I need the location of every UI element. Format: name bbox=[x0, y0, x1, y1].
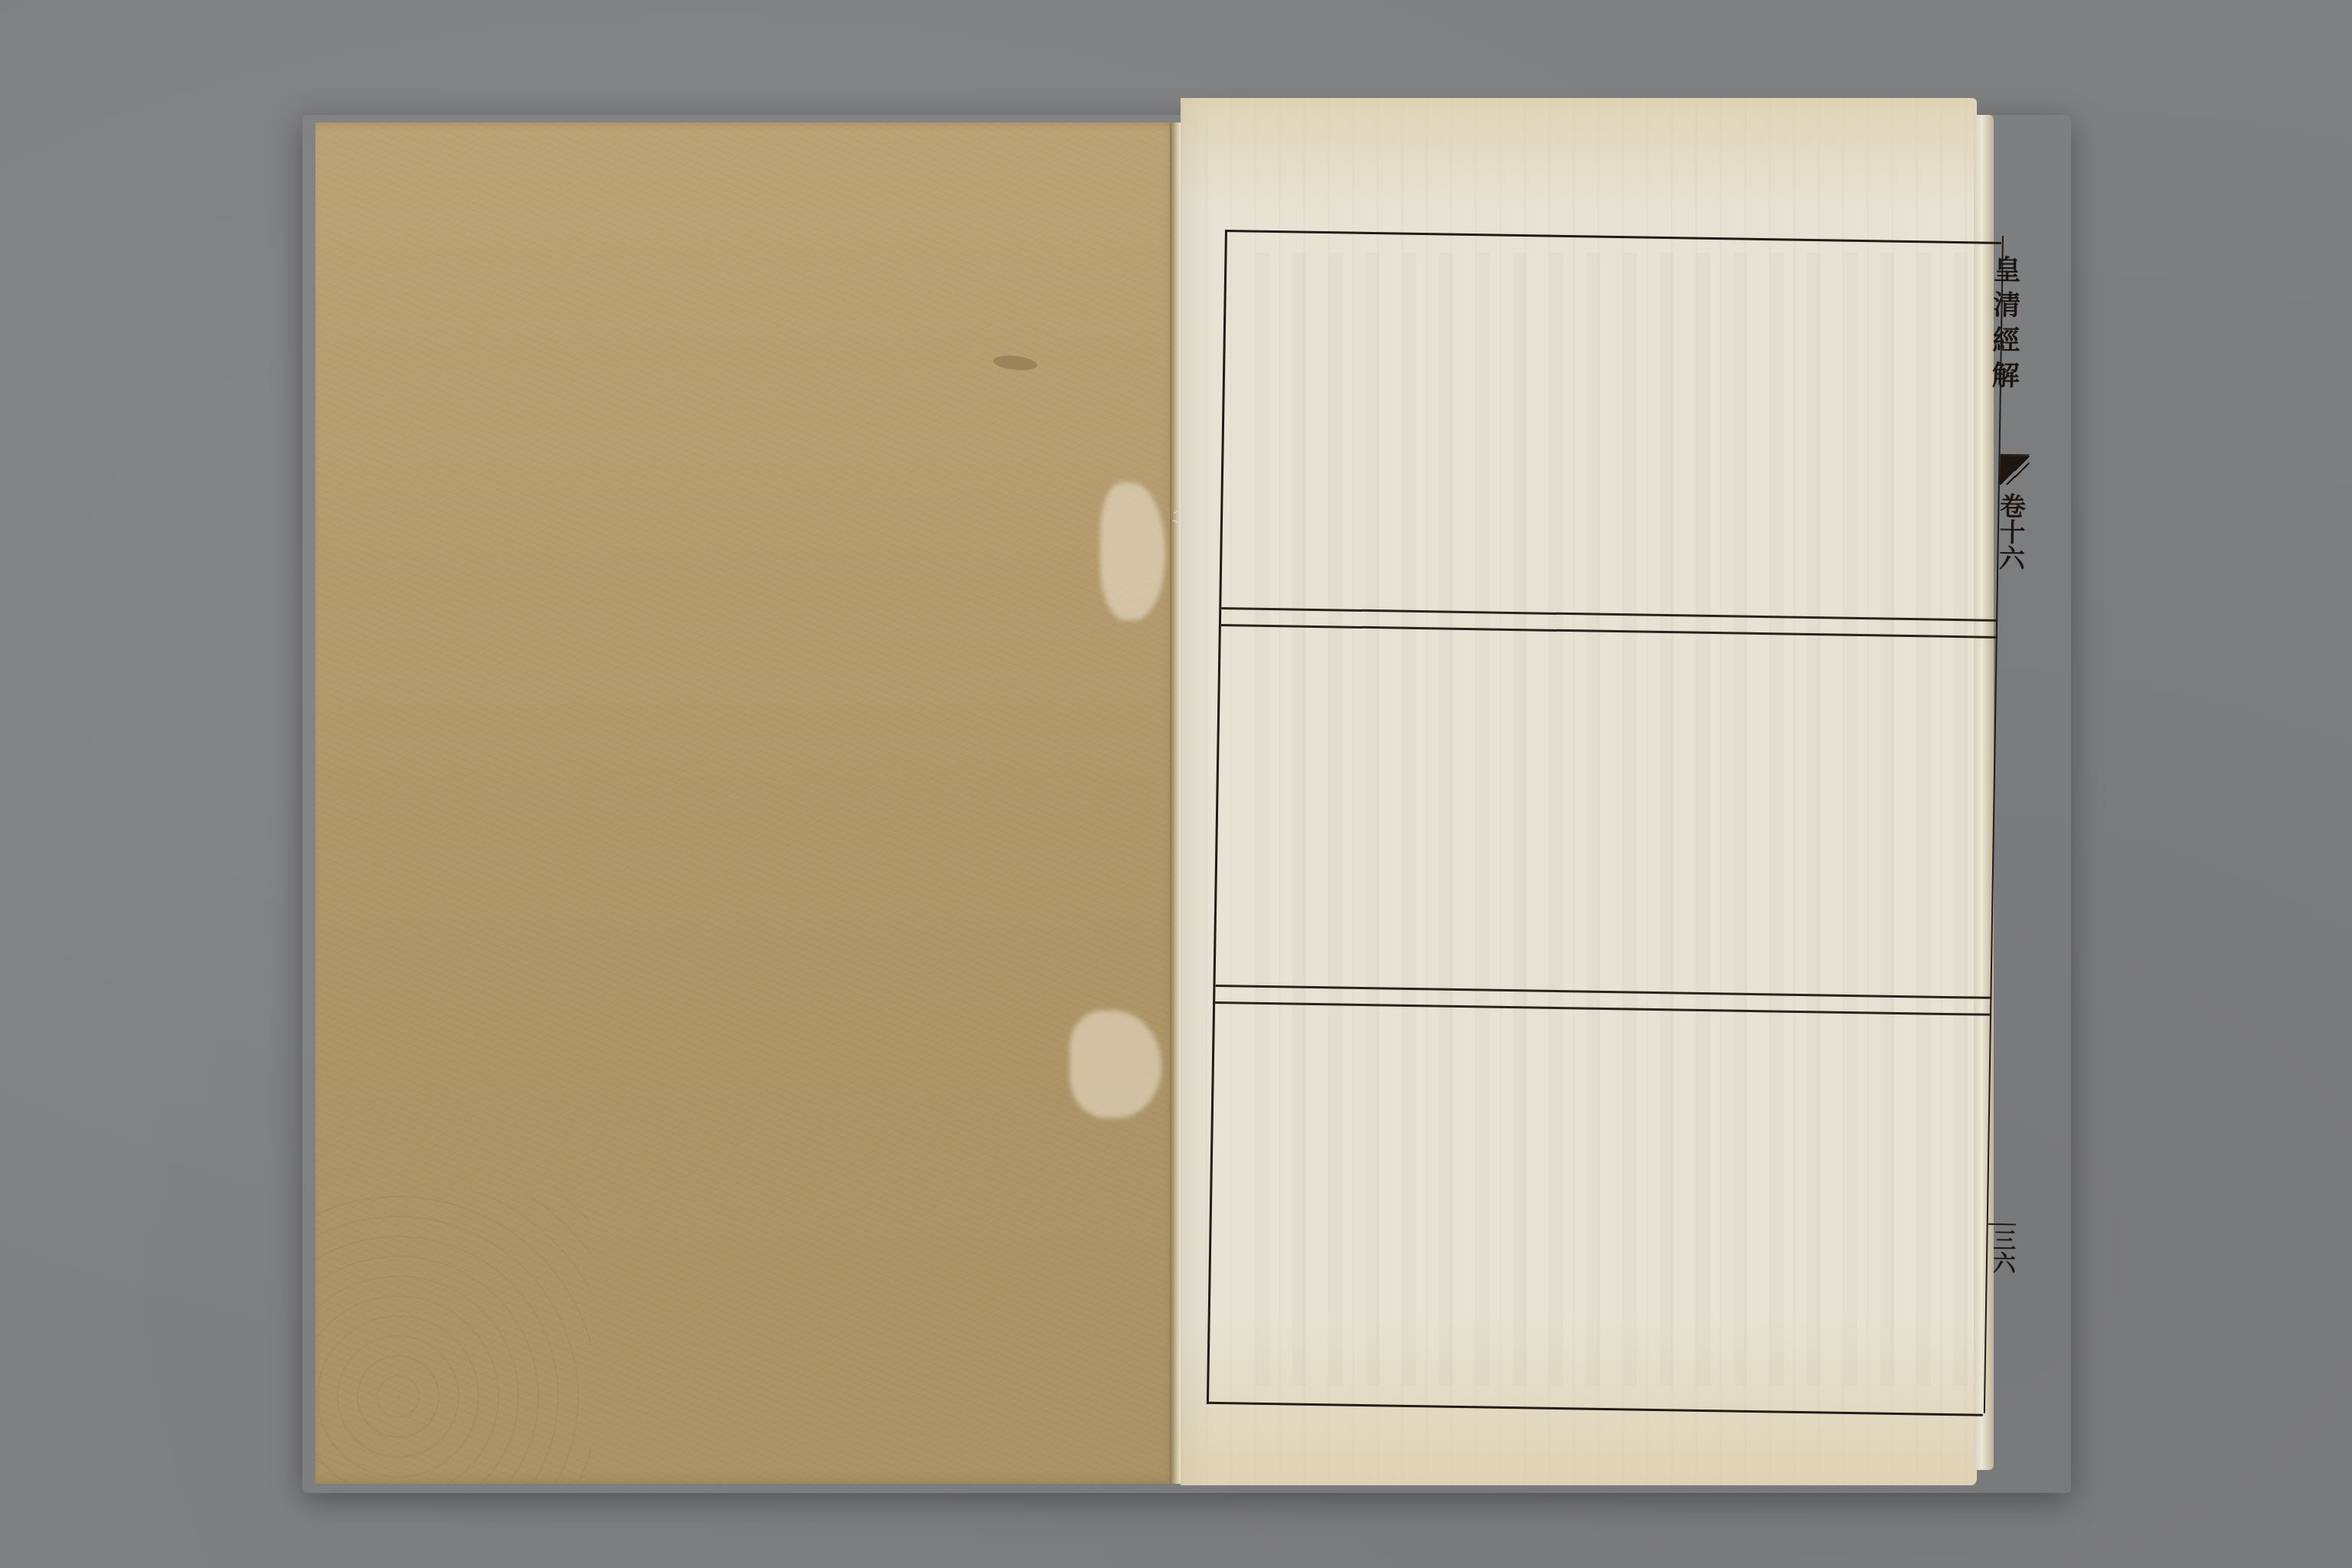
back-cover bbox=[315, 122, 1179, 1484]
print-frame bbox=[1207, 230, 2001, 1416]
register-divider-1 bbox=[1221, 607, 1998, 622]
folio-number: 三六 bbox=[1991, 1228, 2016, 1274]
volume-label: 卷十六 bbox=[2001, 492, 2027, 570]
register-divider-2 bbox=[1215, 985, 1991, 999]
folio-rule bbox=[1988, 1223, 2016, 1226]
fishtail-mark-icon bbox=[2000, 454, 2030, 485]
repair-patch-upper bbox=[1100, 482, 1165, 620]
book-title: 皇清經解 bbox=[2004, 255, 2031, 396]
water-stain bbox=[992, 354, 1038, 372]
register-divider-2-inner bbox=[1215, 1001, 1991, 1016]
paper-fiber-texture bbox=[315, 1193, 591, 1484]
register-divider-1-inner bbox=[1221, 624, 1998, 639]
repair-patch-lower bbox=[1070, 1011, 1161, 1118]
book-gutter bbox=[1170, 122, 1181, 1484]
